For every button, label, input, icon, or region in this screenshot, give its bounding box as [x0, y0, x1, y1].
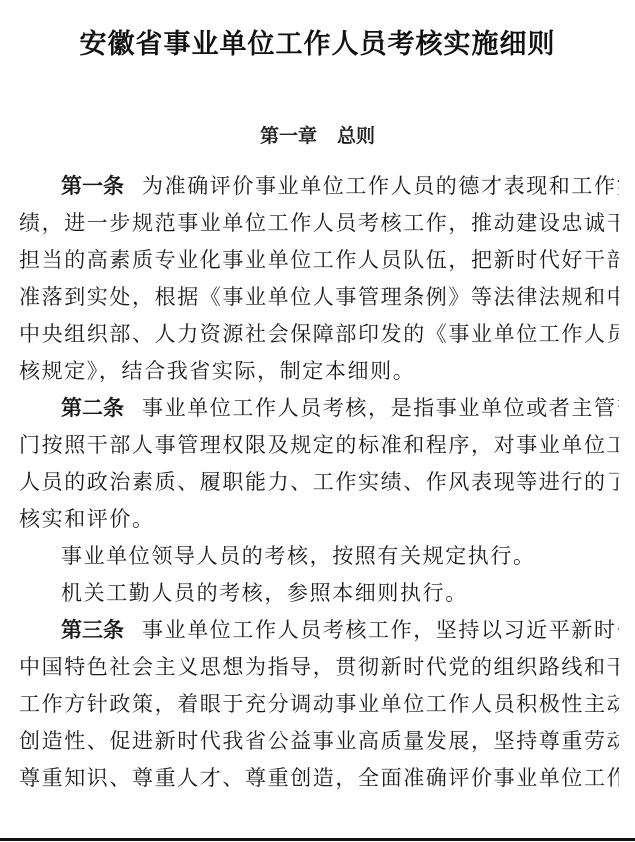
body-line: 门按照干部人事管理权限及规定的标准和程序，对事业单位工作	[19, 427, 619, 464]
body-line: 核实和评价。	[19, 501, 619, 538]
body-line: 第二条事业单位工作人员考核，是指事业单位或者主管部	[19, 390, 619, 427]
body-line: 中央组织部、人力资源社会保障部印发的《事业单位工作人员考	[19, 316, 619, 353]
body-line: 核规定》，结合我省实际，制定本细则。	[19, 353, 619, 390]
body-line: 准落到实处，根据《事业单位人事管理条例》等法律法规和中共	[19, 279, 619, 316]
body-line: 工作方针政策，着眼于充分调动事业单位工作人员积极性主动性	[19, 686, 619, 723]
body-line: 尊重知识、尊重人才、尊重创造，全面准确评价事业单位工作人	[19, 760, 619, 797]
body-line: 中国特色社会主义思想为指导，贯彻新时代党的组织路线和干部	[19, 649, 619, 686]
body-line: 绩，进一步规范事业单位工作人员考核工作，推动建设忠诚干净	[19, 205, 619, 242]
page-bottom-border	[0, 838, 635, 841]
document-title: 安徽省事业单位工作人员考核实施细则	[0, 22, 635, 61]
body-line: 第一条为准确评价事业单位工作人员的德才表现和工作实	[19, 168, 619, 205]
body-line: 机关工勤人员的考核，参照本细则执行。	[19, 575, 619, 612]
body-line: 担当的高素质专业化事业单位工作人员队伍，把新时代好干部标	[19, 242, 619, 279]
body-line: 第三条事业单位工作人员考核工作，坚持以习近平新时代	[19, 612, 619, 649]
chapter-name: 总则	[337, 125, 375, 147]
chapter-heading: 第一章总则	[0, 121, 635, 148]
body-line: 人员的政治素质、履职能力、工作实绩、作风表现等进行的了解、	[19, 464, 619, 501]
document-body: 第一条为准确评价事业单位工作人员的德才表现和工作实 绩，进一步规范事业单位工作人…	[19, 168, 619, 797]
article-label: 第二条	[61, 396, 124, 420]
body-line: 创造性、促进新时代我省公益事业高质量发展，坚持尊重劳动、	[19, 723, 619, 760]
article-label: 第三条	[61, 618, 124, 642]
article-label: 第一条	[61, 174, 124, 198]
chapter-number: 第一章	[260, 125, 317, 147]
body-line: 事业单位领导人员的考核，按照有关规定执行。	[19, 538, 619, 575]
